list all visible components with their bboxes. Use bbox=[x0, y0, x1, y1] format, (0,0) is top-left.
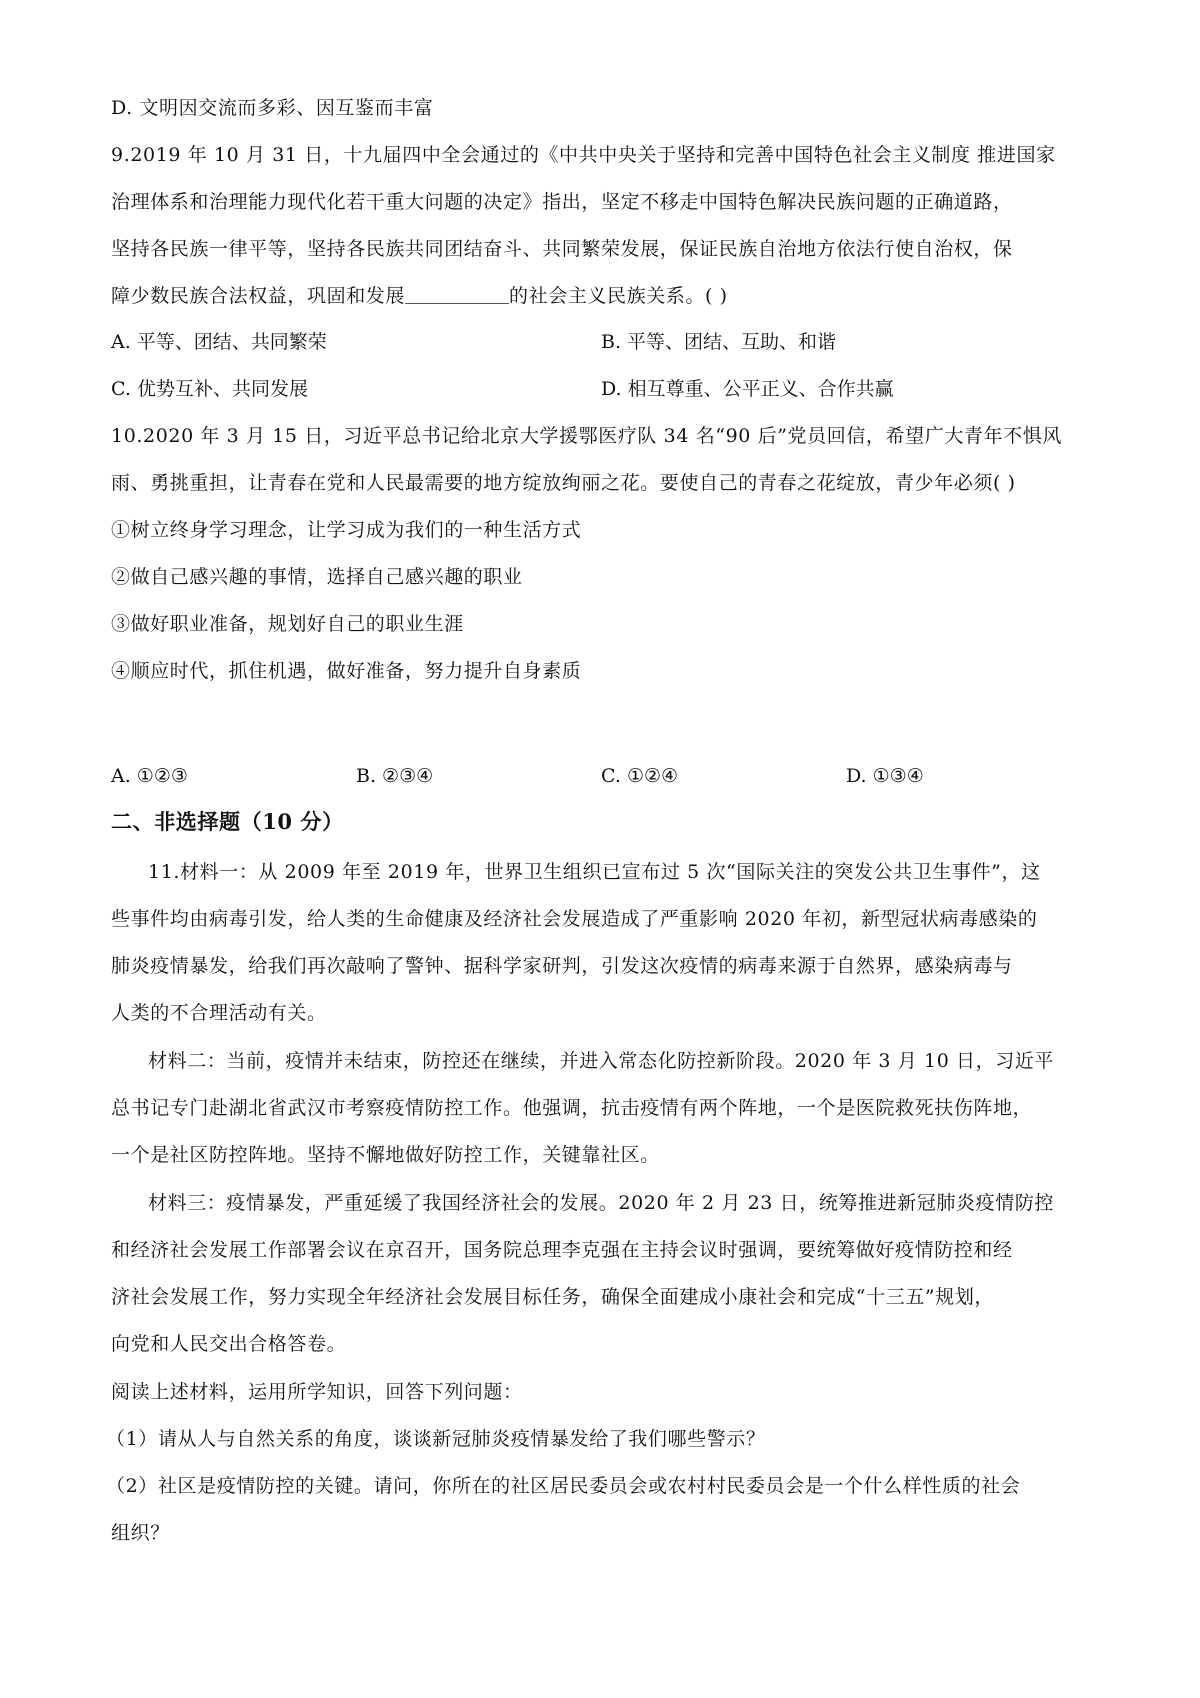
q11-material3-line-1: 材料三：疫情暴发，严重延缓了我国经济社会的发展。2020 年 2 月 23 日，… bbox=[148, 1191, 1054, 1215]
q9-stem-line-3: 坚持各民族一律平等，坚持各民族共同团结奋斗、共同繁荣发展，保证民族自治地方依法行… bbox=[111, 237, 1013, 261]
q10-stem-line-1: 10.2020 年 3 月 15 日，习近平总书记给北京大学援鄂医疗队 34 名… bbox=[111, 424, 1062, 448]
q9-option-d: D. 相互尊重、公平正义、合作共赢 bbox=[601, 377, 894, 401]
q8-option-d: D. 文明因交流而多彩、因互鉴而丰富 bbox=[111, 96, 433, 120]
q10-option-c: C. ①②④ bbox=[601, 764, 678, 788]
q10-item-1: ①树立终身学习理念，让学习成为我们的一种生活方式 bbox=[111, 518, 581, 542]
q11-subquestion-1: （1）请从人与自然关系的角度，谈谈新冠肺炎疫情暴发给了我们哪些警示？ bbox=[106, 1427, 766, 1451]
q10-item-2: ②做自己感兴趣的事情，选择自己感兴趣的职业 bbox=[111, 565, 523, 589]
q11-material2-line-1: 材料二：当前，疫情并未结束，防控还在继续，并进入常态化防控新阶段。2020 年 … bbox=[148, 1049, 1054, 1073]
q11-material1-line-2: 些事件均由病毒引发，给人类的生命健康及经济社会发展造成了严重影响 2020 年初… bbox=[111, 907, 1037, 931]
q11-material1-line-4: 人类的不合理活动有关。 bbox=[111, 1001, 327, 1025]
q10-option-a: A. ①②③ bbox=[111, 764, 188, 788]
q9-fill-blank bbox=[405, 285, 509, 304]
q9-option-c: C. 优势互补、共同发展 bbox=[111, 377, 308, 401]
section-2-heading: 二、非选择题（10 分） bbox=[111, 810, 344, 834]
q11-material1-line-3: 肺炎疫情暴发，给我们再次敲响了警钟、据科学家研判，引发这次疫情的病毒来源于自然界… bbox=[111, 954, 1013, 978]
q11-material1-line-1: 11.材料一：从 2009 年至 2019 年，世界卫生组织已宣布过 5 次“国… bbox=[148, 860, 1041, 884]
q9-stem-line-4: 障少数民族合法权益，巩固和发展的社会主义民族关系。( ) bbox=[111, 284, 728, 308]
q9-stem-line-2: 治理体系和治理能力现代化若干重大问题的决定》指出，坚定不移走中国特色解决民族问题… bbox=[111, 190, 1013, 214]
q9-stem-after-blank: 的社会主义民族关系。( ) bbox=[509, 285, 728, 307]
q11-subquestion-2-line-2: 组织？ bbox=[111, 1521, 170, 1545]
q11-material3-line-2: 和经济社会发展工作部署会议在京召开，国务院总理李克强在主持会议时强调，要统筹做好… bbox=[111, 1238, 1013, 1262]
q11-material2-line-2: 总书记专门赴湖北省武汉市考察疫情防控工作。他强调，抗击疫情有两个阵地，一个是医院… bbox=[111, 1096, 1032, 1120]
q9-stem-before-blank: 障少数民族合法权益，巩固和发展 bbox=[111, 285, 405, 307]
q11-material3-line-4: 向党和人民交出合格答卷。 bbox=[111, 1332, 346, 1356]
q9-stem-line-1: 9.2019 年 10 月 31 日，十九届四中全会通过的《中共中央关于坚持和完… bbox=[111, 143, 1056, 167]
q11-material3-line-3: 济社会发展工作，努力实现全年经济社会发展目标任务，确保全面建成小康社会和完成“十… bbox=[111, 1285, 994, 1309]
q10-option-d: D. ①③④ bbox=[846, 764, 924, 788]
q10-option-b: B. ②③④ bbox=[356, 764, 433, 788]
q9-option-a: A. 平等、团结、共同繁荣 bbox=[111, 330, 327, 354]
q10-item-4: ④顺应时代，抓住机遇，做好准备，努力提升自身素质 bbox=[111, 659, 581, 683]
q10-stem-line-2: 雨、勇挑重担，让青春在党和人民最需要的地方绽放绚丽之花。要使自己的青春之花绽放，… bbox=[111, 471, 1016, 495]
q9-option-b: B. 平等、团结、互助、和谐 bbox=[601, 330, 836, 354]
q11-material2-line-3: 一个是社区防控阵地。坚持不懈地做好防控工作，关键靠社区。 bbox=[111, 1143, 660, 1167]
q11-subquestion-2-line-1: （2）社区是疫情防控的关键。请问，你所在的社区居民委员会或农村村民委员会是一个什… bbox=[106, 1474, 1020, 1498]
q11-prompt: 阅读上述材料，运用所学知识，回答下列问题： bbox=[111, 1380, 523, 1404]
q10-item-3: ③做好职业准备，规划好自己的职业生涯 bbox=[111, 612, 464, 636]
